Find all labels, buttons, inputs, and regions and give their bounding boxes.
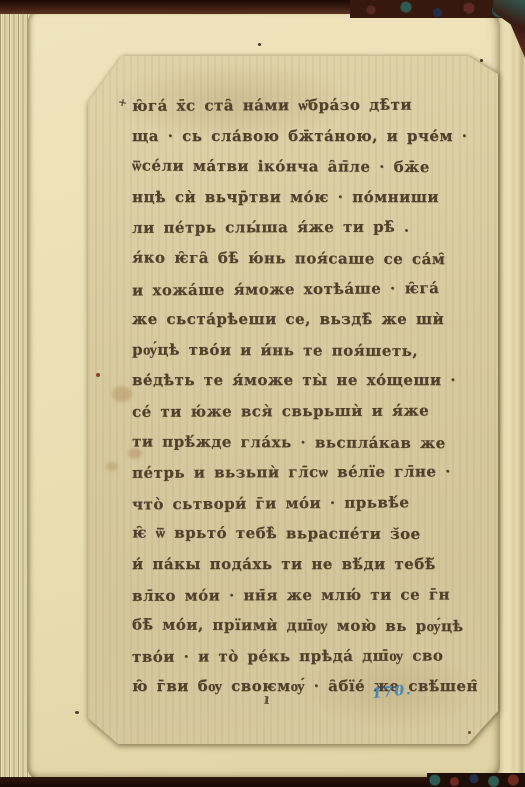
manuscript-line: ли пе́трь слы́ша я́же ти рѣ̑ . xyxy=(132,212,494,244)
manuscript-line: же сьста́рѣеши се, вьздѣ̑ же шѝ xyxy=(132,304,494,335)
manuscript-line: пе́трь и вьзьпѝ гл̄сѡ ве́лїе гл̄не · xyxy=(132,456,494,488)
manuscript-line: тво́и · и то̀ ре́кь прѣда́ дш̄ѹ сво xyxy=(132,640,494,672)
manuscript-line: се́ ти ю́же вся̀ свьрьшѝ и я́же xyxy=(132,395,494,427)
marbled-cover-bottom-right xyxy=(427,773,525,787)
stain xyxy=(106,462,118,471)
manuscript-line: ща · сь сла́вою бж̄та́ною, и рче́м · xyxy=(132,121,494,152)
mounted-manuscript-leaf: + ю̑га́ х̄с ста̑ на́ми ѡ̑бра́зо дѣ̑ти ща… xyxy=(88,56,498,744)
manuscript-line: вл̄ко мо́и · нн̄я же млю́ ти се г̄н xyxy=(132,579,494,611)
manuscript-line: и хожа́ше я́може хотѣа́ше · ѥ̑га́ xyxy=(132,272,494,305)
manuscript-photo: + ю̑га́ х̄с ста̑ на́ми ѡ̑бра́зо дѣ̑ти ща… xyxy=(0,0,525,787)
manuscript-line: бѣ̄ мо́и, прїимѝ дш̄ѹ мою̀ вь рѹ́цѣ xyxy=(132,610,494,642)
album-page: + ю̑га́ х̄с ста̑ на́ми ѡ̑бра́зо дѣ̑ти ща… xyxy=(28,11,500,779)
manuscript-line: нцѣ сѝ вьчр̄тви мо́ѥ · по́мниши xyxy=(132,182,494,213)
manuscript-line: рѹ́цѣ тво́и и и́нь те поя́шеть, xyxy=(132,334,494,366)
manuscript-line: что̀ сьтвори́ г̄и мо́и · прьвѣ́е xyxy=(132,486,494,519)
facing-page-fore-edge xyxy=(497,12,525,778)
mounted-leaf-shadow: + ю̑га́ х̄с ста̑ на́ми ѡ̑бра́зо дѣ̑ти ща… xyxy=(88,56,498,744)
book-cover-top-edge xyxy=(0,0,525,14)
manuscript-line: ве́дѣть те я́може ты̀ не хо́щеши · xyxy=(132,365,494,396)
rust-speck xyxy=(96,373,100,377)
manuscript-line: ѥ̑ ѿ врьто́ тебѣ̀ вьраспе́ти з̆ое xyxy=(132,518,494,550)
manuscript-line: ю̑ г̄ви б̄ѹ своѥмѹ́ · а̑бїе́ же свѣ́шен̑ xyxy=(132,671,494,702)
text-block: ю̑га́ х̄с ста̑ на́ми ѡ̑бра́зо дѣ̑ти ща ·… xyxy=(132,90,494,702)
manuscript-line: ю̑га́ х̄с ста̑ на́ми ѡ̑бра́зо дѣ̑ти xyxy=(132,89,494,121)
manuscript-line: ѿсе́ли ма́тви іко́нча а̑п̄ле · бж̄е xyxy=(132,151,494,183)
manuscript-line: ти прѣ́жде гла́хь · вьспла́кав же xyxy=(132,426,494,458)
ink-speck xyxy=(468,731,471,734)
manuscript-line: и́ па́кы пода́хь ти не вѣ́ди тебѣ̆ xyxy=(132,549,494,580)
ink-speck xyxy=(75,711,79,714)
stain xyxy=(112,386,132,402)
ink-speck xyxy=(258,43,261,46)
manuscript-line: я́ко ѥ̑га̑ бѣ̑ ю́нь поя́саше се са́м̑ xyxy=(132,242,494,274)
